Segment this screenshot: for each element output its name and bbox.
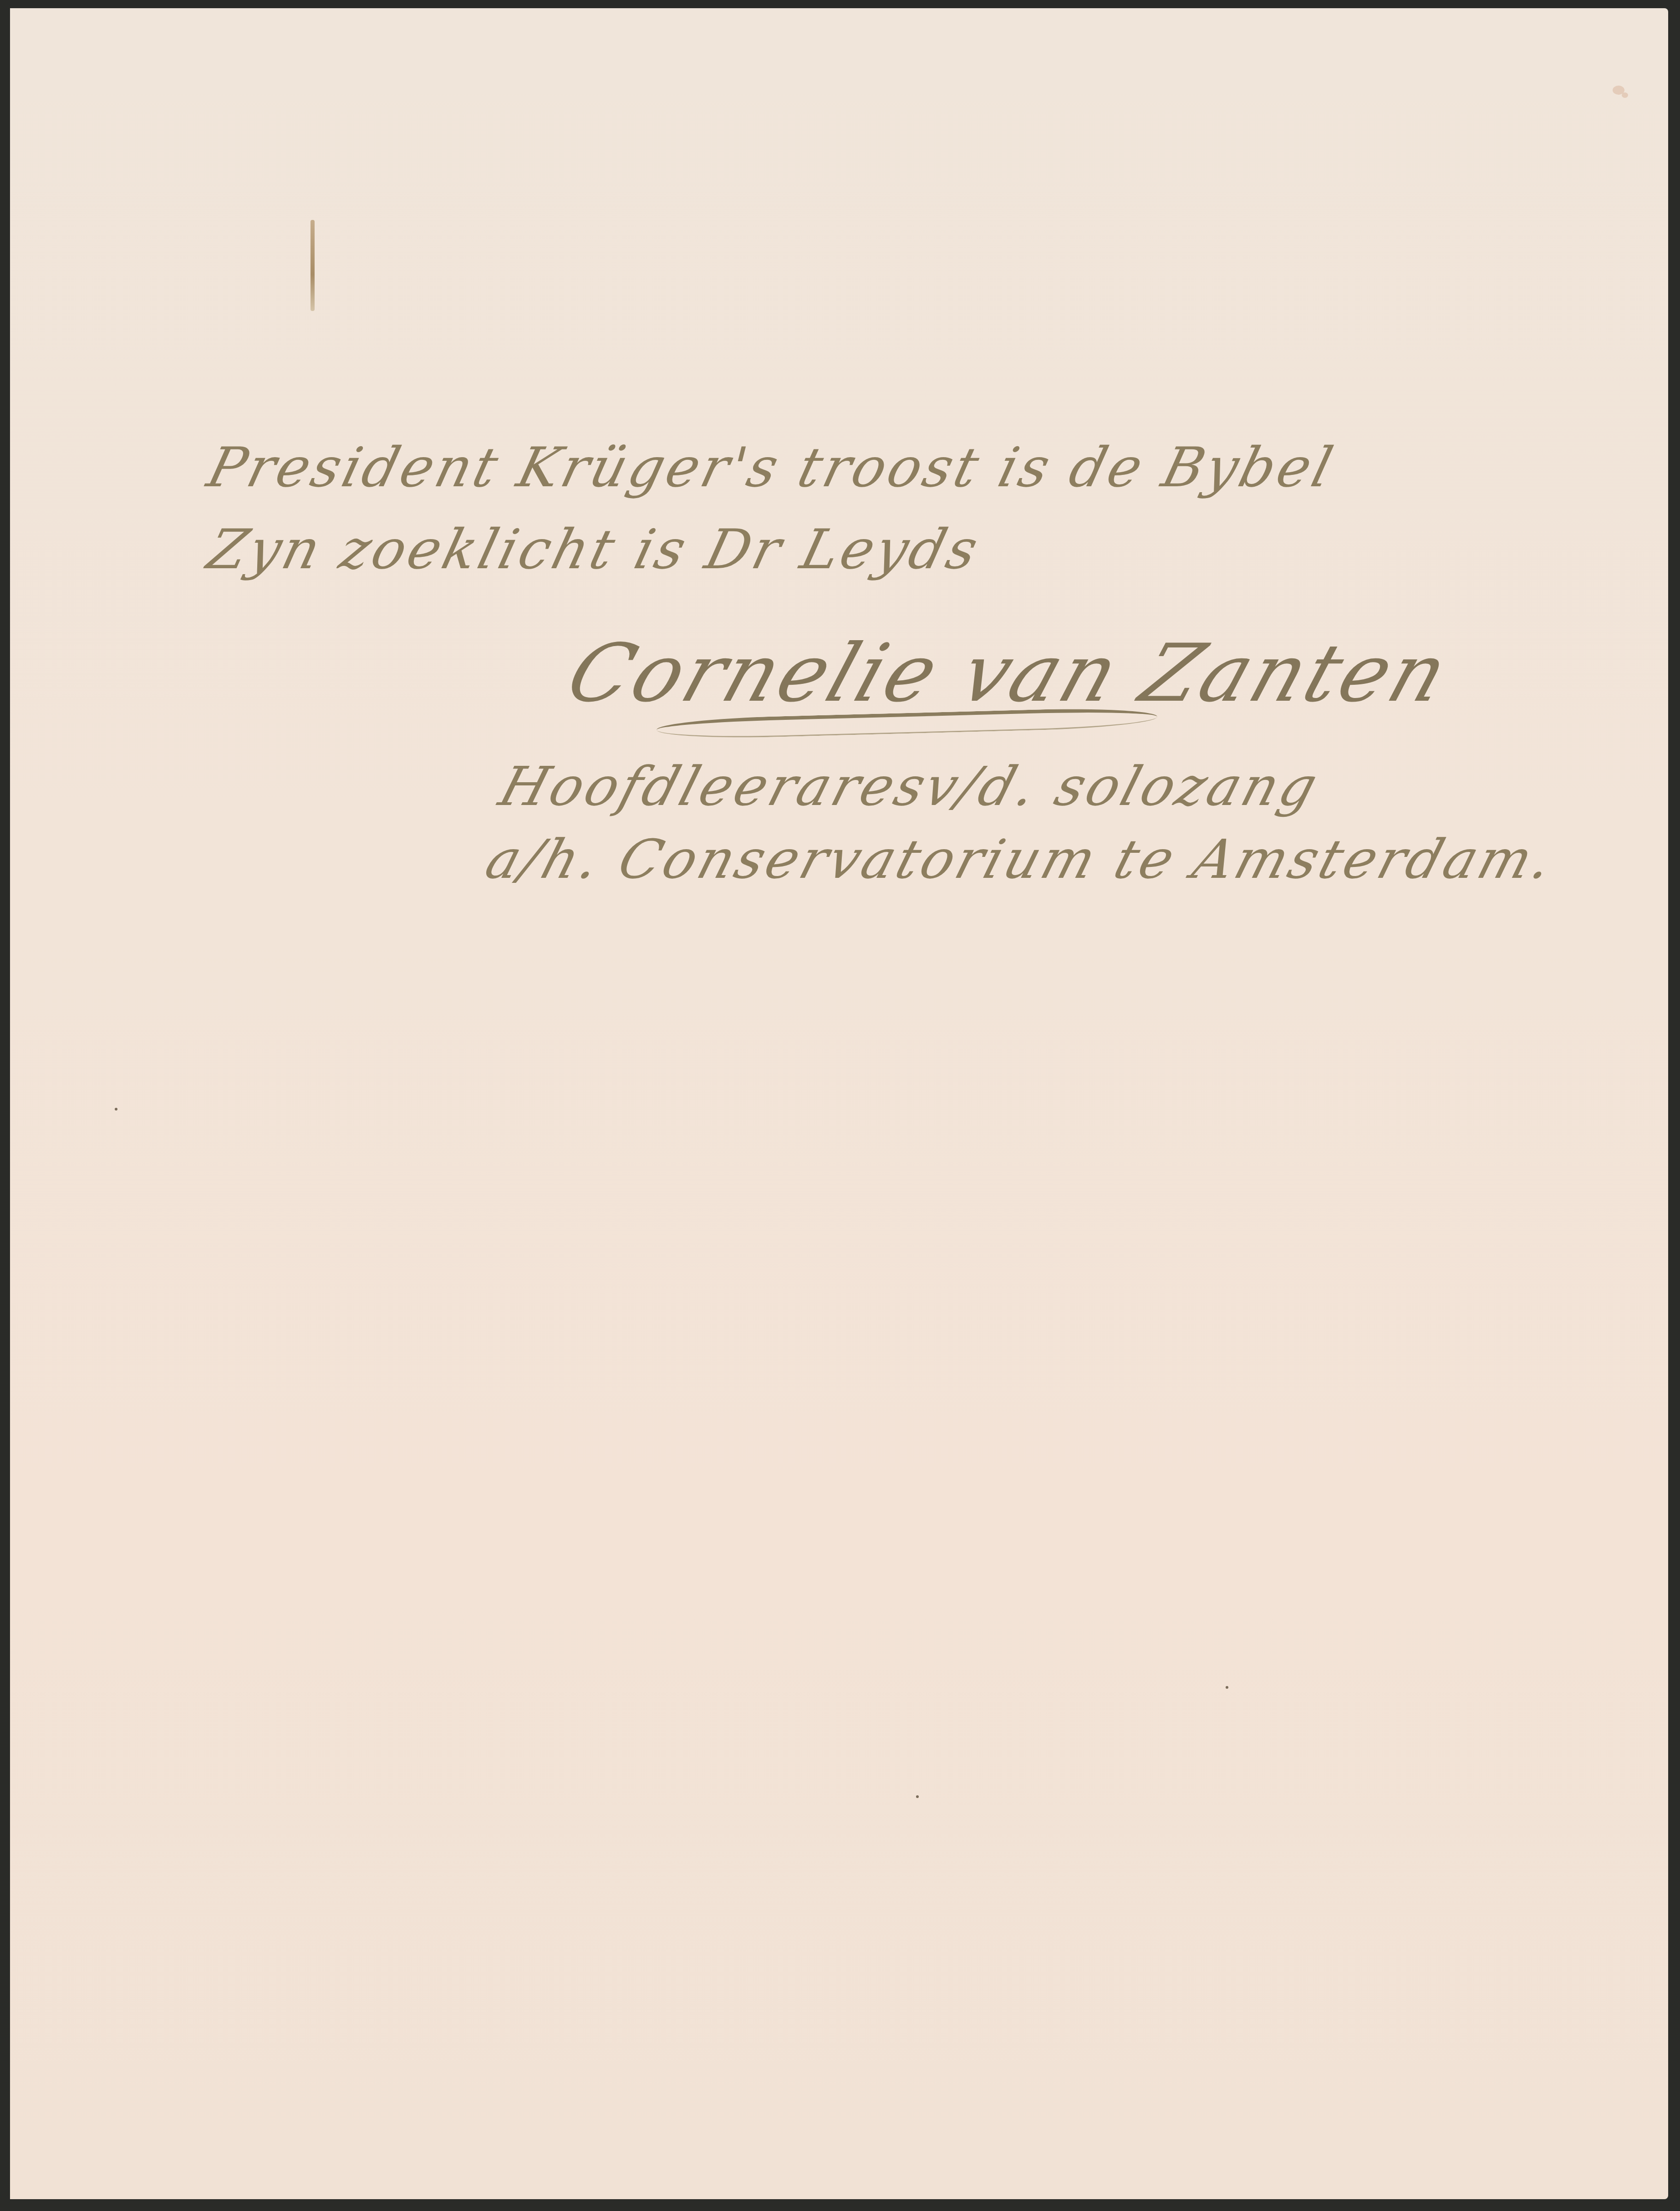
paper-sheet: President Krüger's troost is de Bybel Zy… — [10, 8, 1668, 2199]
handwritten-line-1: President Krüger's troost is de Bybel — [201, 436, 1341, 499]
paper-speck — [916, 1795, 919, 1798]
foxing-stain — [1622, 92, 1628, 98]
ink-stroke-mark — [311, 220, 315, 311]
signer-title-line-1: Hoofdleeraresv/d. solozang — [493, 755, 1327, 818]
paper-speck — [1226, 1686, 1228, 1689]
handwritten-line-2: Zyn zoeklicht is Dr Leyds — [201, 518, 987, 581]
paper-speck — [115, 1108, 117, 1111]
signature: Cornelie van Zanten — [556, 627, 1461, 720]
signer-title-line-2: a/h. Conservatorium te Amsterdam. — [479, 828, 1562, 891]
